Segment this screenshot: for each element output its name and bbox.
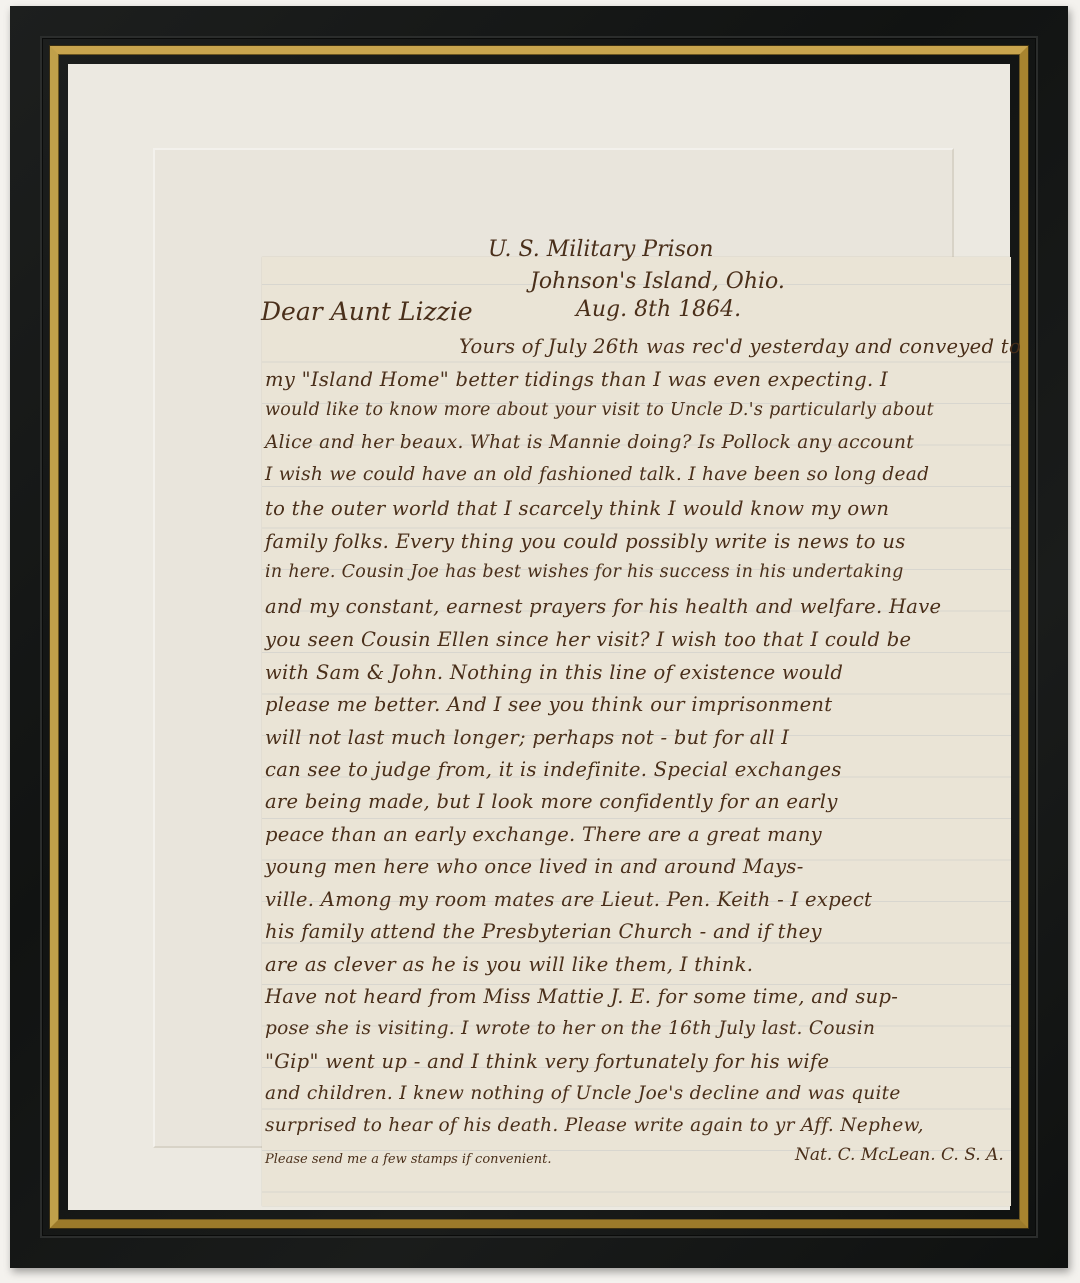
body-line: I wish we could have an old fashioned ta… (265, 464, 929, 485)
body-line: please me better. And I see you think ou… (265, 693, 832, 716)
body-line: and children. I knew nothing of Uncle Jo… (265, 1083, 901, 1104)
mat-opening: U. S. Military Prison Johnson's Island, … (153, 148, 954, 1148)
body-line: young men here who once lived in and aro… (265, 855, 804, 878)
body-line: will not last much longer; perhaps not -… (265, 726, 789, 749)
body-line: with Sam & John. Nothing in this line of… (265, 661, 843, 684)
body-line: are being made, but I look more confiden… (265, 790, 838, 813)
letter-date: Aug. 8th 1864. (576, 297, 741, 322)
postscript: Please send me a few stamps if convenien… (265, 1152, 552, 1167)
body-line: and my constant, earnest prayers for his… (265, 595, 941, 618)
body-line: my "Island Home" better tidings than I w… (265, 368, 888, 391)
mat-board: U. S. Military Prison Johnson's Island, … (68, 64, 1010, 1210)
body-line: pose she is visiting. I wrote to her on … (265, 1018, 875, 1039)
body-line: in here. Cousin Joe has best wishes for … (265, 562, 904, 582)
letter-paper: U. S. Military Prison Johnson's Island, … (262, 257, 1011, 1206)
picture-frame: U. S. Military Prison Johnson's Island, … (10, 6, 1068, 1268)
body-line: Alice and her beaux. What is Mannie doin… (265, 432, 914, 453)
body-line: "Gip" went up - and I think very fortuna… (265, 1050, 829, 1073)
body-line: Have not heard from Miss Mattie J. E. fo… (265, 985, 898, 1008)
heading-line-2: Johnson's Island, Ohio. (530, 269, 785, 294)
body-line: his family attend the Presbyterian Churc… (265, 920, 822, 943)
body-line: to the outer world that I scarcely think… (265, 497, 889, 520)
heading-line-1: U. S. Military Prison (488, 237, 713, 262)
body-line: Yours of July 26th was rec'd yesterday a… (459, 335, 1021, 358)
body-line: peace than an early exchange. There are … (265, 823, 822, 846)
salutation: Dear Aunt Lizzie (261, 297, 473, 326)
body-line: can see to judge from, it is indefinite.… (265, 758, 842, 781)
body-line: surprised to hear of his death. Please w… (265, 1115, 924, 1136)
body-line: ville. Among my room mates are Lieut. Pe… (265, 888, 872, 911)
signature: Nat. C. McLean. C. S. A. (795, 1145, 1004, 1165)
body-line: would like to know more about your visit… (265, 400, 934, 420)
body-line: are as clever as he is you will like the… (265, 953, 753, 976)
body-line: you seen Cousin Ellen since her visit? I… (265, 628, 911, 651)
body-line: family folks. Every thing you could poss… (265, 530, 906, 553)
